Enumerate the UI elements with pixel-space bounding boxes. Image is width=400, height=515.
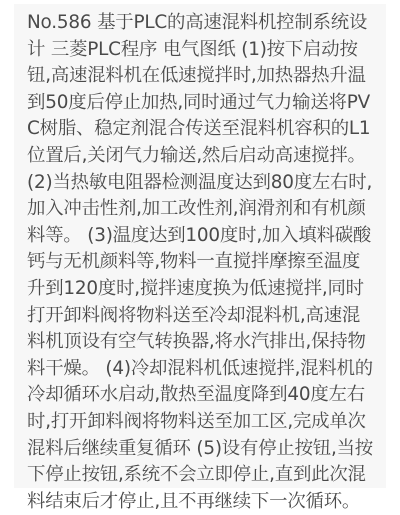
description-card: No.586 基于PLC的高速混料机控制系统设计 三菱PLC程序 电气图纸 (1…: [14, 4, 386, 488]
product-description-text: No.586 基于PLC的高速混料机控制系统设计 三菱PLC程序 电气图纸 (1…: [27, 10, 376, 493]
